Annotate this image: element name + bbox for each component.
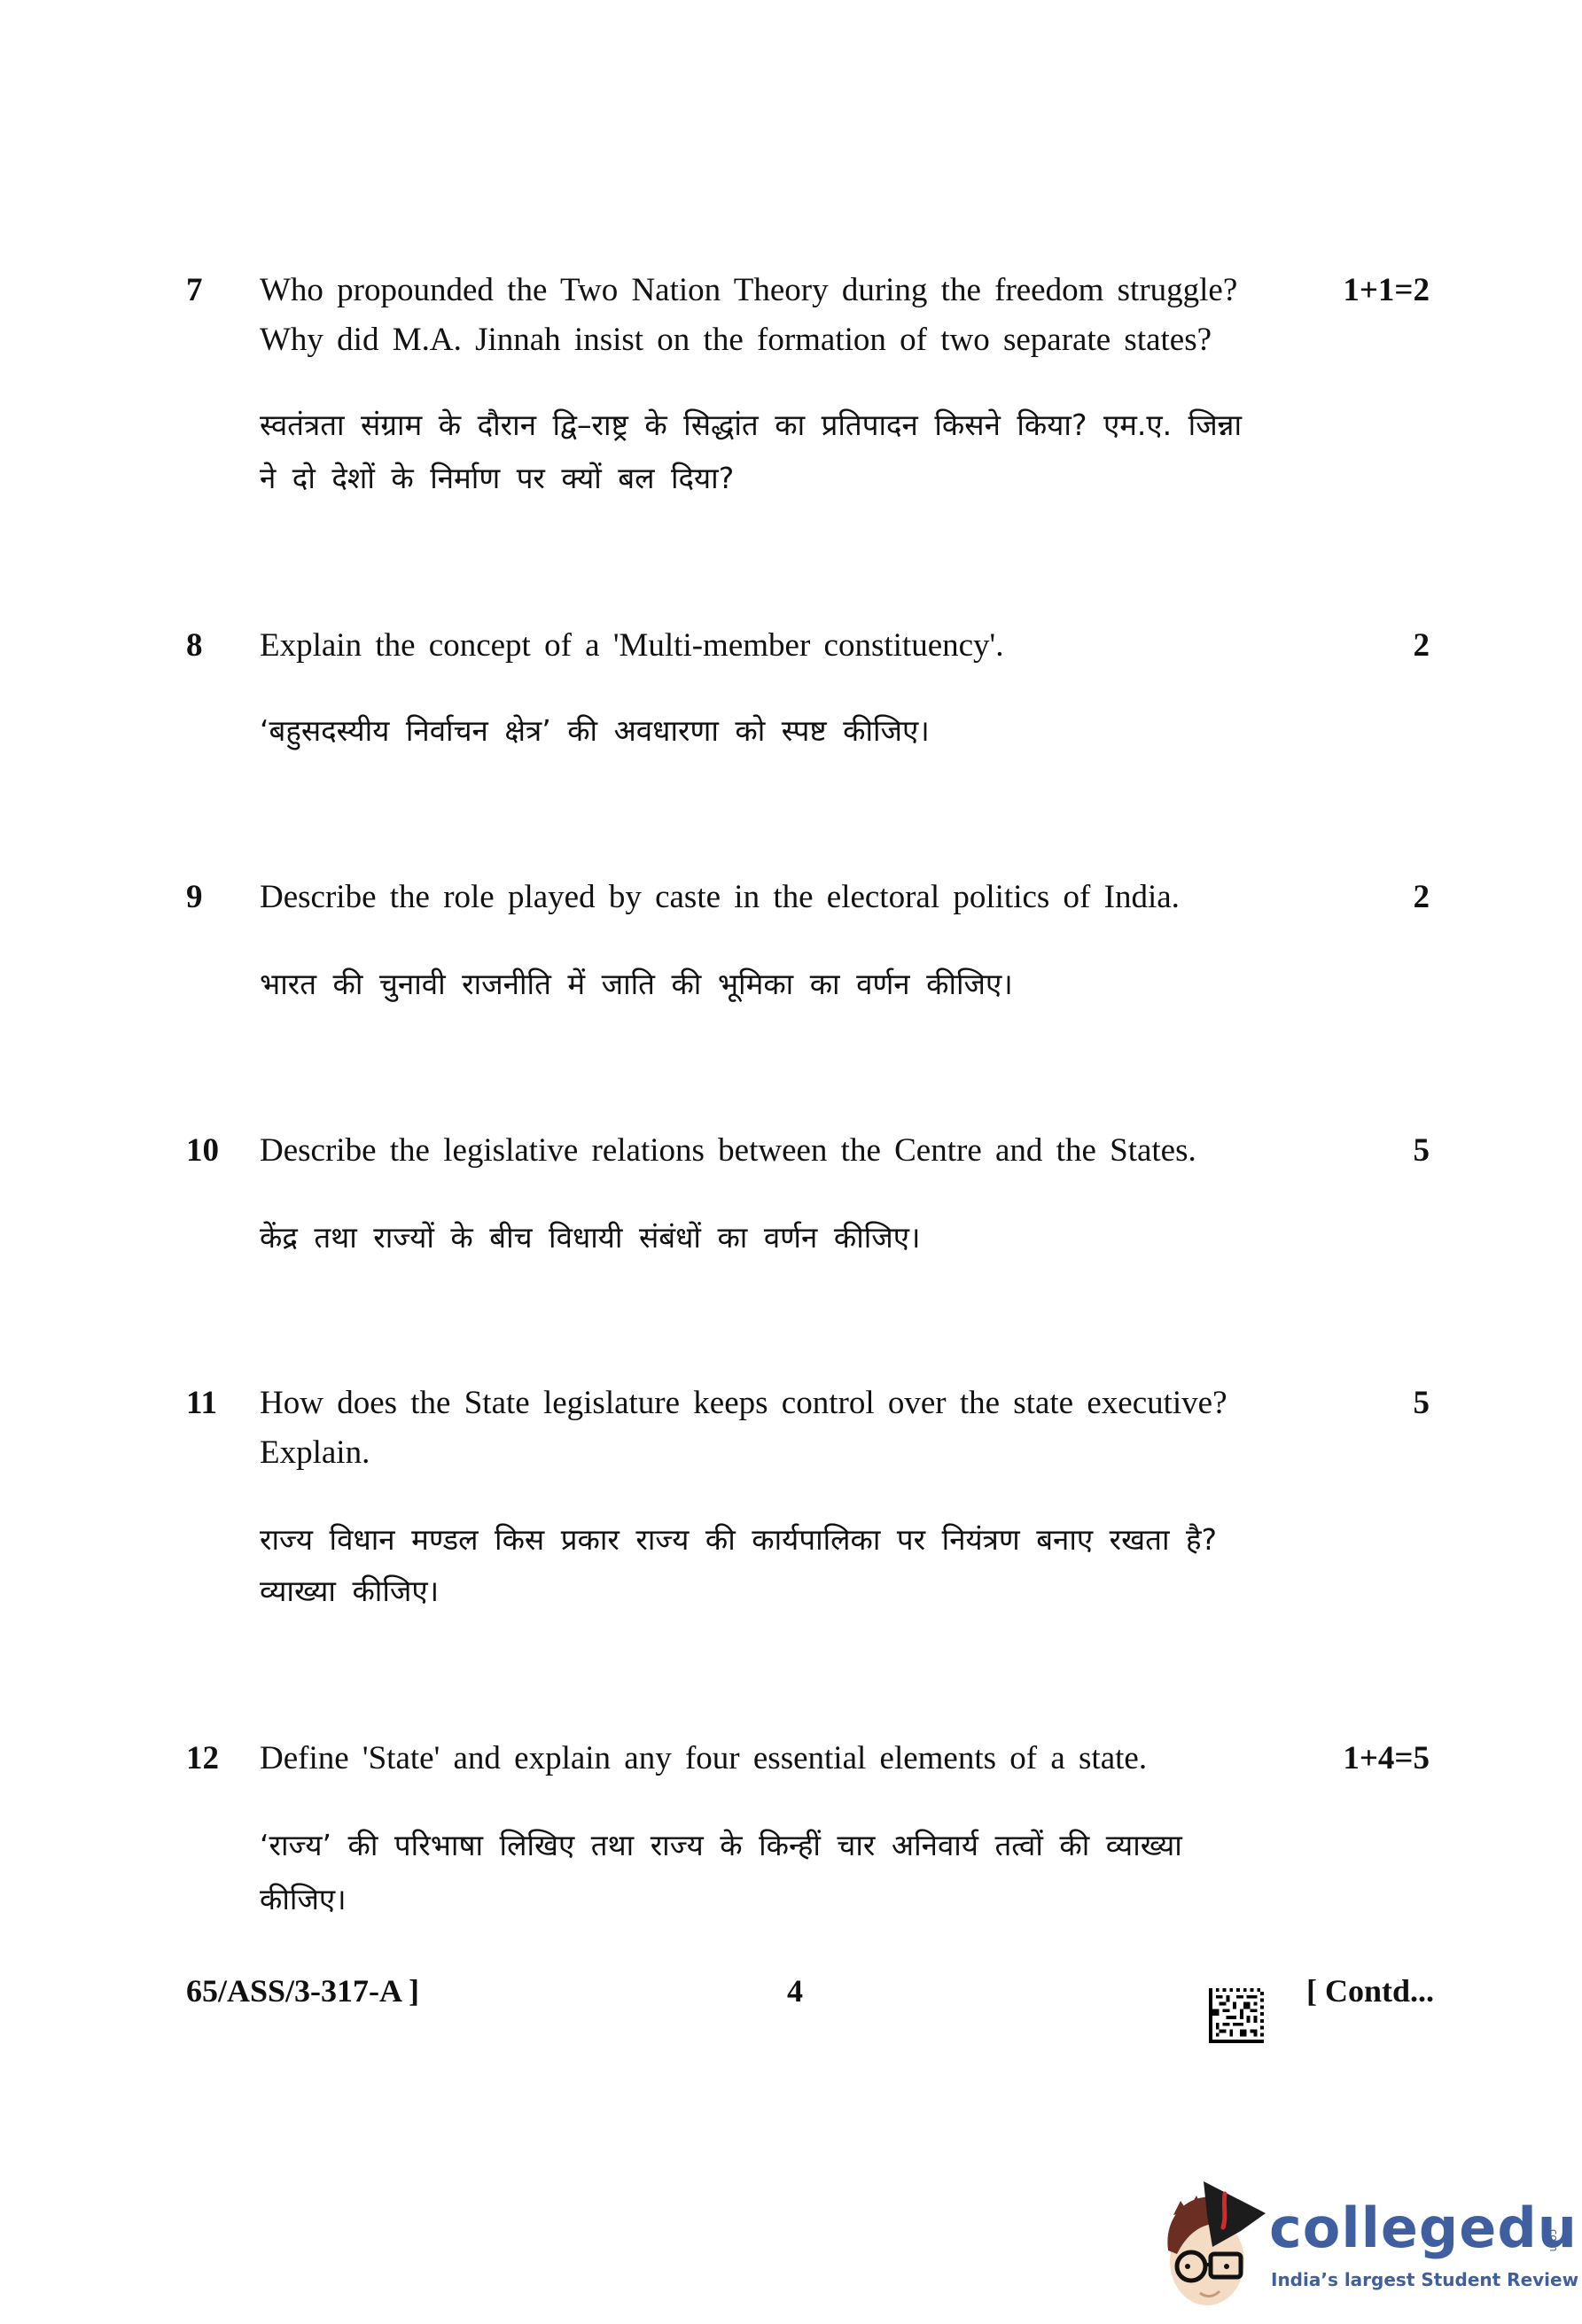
graduate-mascot-icon bbox=[1161, 2162, 1267, 2321]
question-english-line: Explain. bbox=[260, 1428, 1305, 1478]
datamatrix-code-icon bbox=[1209, 1988, 1264, 2043]
collegedunia-logo: collegedunia .com India’s largest Studen… bbox=[1161, 2162, 1578, 2321]
question-number: 7 bbox=[186, 266, 203, 315]
question-marks: 5 bbox=[1414, 1379, 1430, 1428]
question-number: 11 bbox=[186, 1379, 217, 1428]
question-number: 9 bbox=[186, 873, 203, 922]
question-english-line: Explain the concept of a 'Multi-member c… bbox=[260, 621, 1305, 671]
question-hindi-line: ने दो देशों के निर्माण पर क्यों बल दिया? bbox=[260, 452, 1350, 505]
exam-page: 7 Who propounded the Two Nation Theory d… bbox=[0, 0, 1582, 2324]
question-hindi-line: स्वतंत्रता संग्राम के दौरान द्वि–राष्ट्र… bbox=[260, 399, 1350, 452]
question-hindi-line: ‘बहुसदस्यीय निर्वाचन क्षेत्र’ की अवधारणा… bbox=[260, 704, 1350, 758]
question-marks: 1+1=2 bbox=[1343, 266, 1430, 315]
question-hindi-line: व्याख्या कीजिए। bbox=[260, 1565, 1350, 1618]
question-hindi-line: केंद्र तथा राज्यों के बीच विधायी संबंधों… bbox=[260, 1211, 1350, 1264]
question-hindi-line: ‘राज्य’ की परिभाषा लिखिए तथा राज्य के कि… bbox=[260, 1819, 1350, 1872]
question-number: 8 bbox=[186, 621, 203, 671]
question-english-line: How does the State legislature keeps con… bbox=[260, 1379, 1305, 1428]
question-hindi-line: भारत की चुनावी राजनीति में जाति की भूमिक… bbox=[260, 958, 1350, 1011]
question-marks: 2 bbox=[1414, 621, 1430, 671]
question-english-line: Describe the legislative relations betwe… bbox=[260, 1126, 1305, 1176]
question-english-line: Who propounded the Two Nation Theory dur… bbox=[260, 266, 1305, 315]
brand-name: collegedunia bbox=[1269, 2197, 1582, 2259]
question-hindi-line: राज्य विधान मण्डल किस प्रकार राज्य की का… bbox=[260, 1513, 1350, 1566]
continued-label: [ Contd... bbox=[1306, 1969, 1434, 2013]
paper-code: 65/ASS/3-317-A ] bbox=[186, 1969, 419, 2013]
page-number: 4 bbox=[787, 1969, 803, 2013]
question-marks: 2 bbox=[1414, 873, 1430, 922]
question-hindi-line: कीजिए। bbox=[260, 1873, 1350, 1926]
question-marks: 5 bbox=[1414, 1126, 1430, 1176]
brand-tagline: India’s largest Student Review Platform bbox=[1271, 2268, 1582, 2291]
brand-domain: .com bbox=[1547, 2226, 1560, 2251]
question-english-line: Describe the role played by caste in the… bbox=[260, 873, 1305, 922]
question-english-line: Why did M.A. Jinnah insist on the format… bbox=[260, 315, 1305, 365]
question-english-line: Define 'State' and explain any four esse… bbox=[260, 1734, 1305, 1784]
question-number: 10 bbox=[186, 1126, 219, 1176]
question-number: 12 bbox=[186, 1734, 219, 1784]
question-marks: 1+4=5 bbox=[1343, 1734, 1430, 1784]
